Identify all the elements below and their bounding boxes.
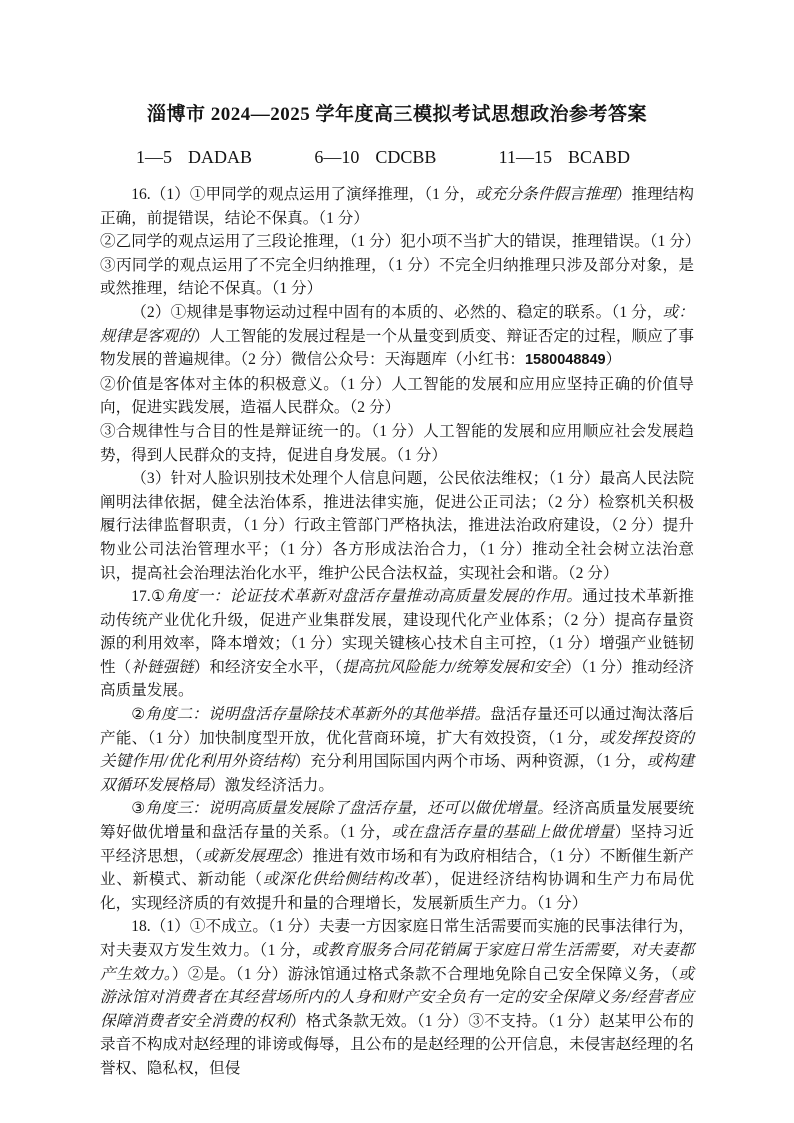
paragraph: ②角度二：说明盘活存量除技术革新外的其他举措。盘活存量还可以通过淘汰落后产能、（… — [100, 703, 694, 797]
text-segment: 1580048849 — [525, 352, 606, 368]
answers-body: 16.（1）①甲同学的观点运用了演绎推理，（1 分，或充分条件假言推理）推理结构… — [100, 183, 694, 1081]
text-segment: 或深化供给侧结构改革 — [263, 871, 426, 888]
paragraph: 17.①角度一：论证技术革新对盘活存量推动高质量发展的作用。通过技术革新推动传统… — [100, 585, 694, 703]
text-segment: 16.（1）①甲同学的观点运用了演绎推理，（1 分， — [131, 186, 475, 203]
text-segment: 补链强链 — [131, 659, 193, 676]
text-segment: 或新发展理念 — [202, 848, 296, 865]
paragraph: ③丙同学的观点运用了不完全归纳推理，（1 分）不完全归纳推理只涉及部分对象，是或… — [100, 254, 694, 301]
paragraph: （2）①规律是事物运动过程中固有的本质的、必然的、稳定的联系。（1 分，或：规律… — [100, 301, 694, 373]
answer-key-item: 11—15BCABD — [499, 145, 630, 169]
answer-key-item: 6—10CDCBB — [314, 145, 436, 169]
paragraph: ②乙同学的观点运用了三段论推理，（1 分）犯小项不当扩大的错误，推理错误。（1 … — [100, 230, 694, 254]
text-segment: ②乙同学的观点运用了三段论推理，（1 分）犯小项不当扩大的错误，推理错误。（1 … — [100, 233, 700, 250]
document-page: 淄博市 2024—2025 学年度高三模拟考试思想政治参考答案 1—5DADAB… — [0, 0, 794, 1123]
paragraph: ③合规律性与合目的性是辩证统一的。（1 分）人工智能的发展和应用顺应社会发展趋势… — [100, 420, 694, 467]
text-segment: ③ — [131, 800, 145, 817]
text-segment: 角度二：说明盘活存量除技术革新外的其他举措。 — [145, 706, 490, 723]
text-segment: ③合规律性与合目的性是辩证统一的。（1 分）人工智能的发展和应用顺应社会发展趋势… — [100, 423, 694, 464]
text-segment: 角度三：说明高质量发展除了盘活存量，还可以做优增量。 — [145, 800, 553, 817]
paragraph: ②价值是客体对主体的积极意义。（1 分）人工智能的发展和应用应坚持正确的价值导向… — [100, 373, 694, 420]
paragraph: 18.（1）①不成立。（1 分）夫妻一方因家庭日常生活需要而实施的民事法律行为，… — [100, 915, 694, 1080]
question-range: 11—15 — [499, 145, 552, 169]
text-segment: ②价值是客体对主体的积极意义。（1 分）人工智能的发展和应用应坚持正确的价值导向… — [100, 376, 694, 417]
answer-key-row: 1—5DADAB6—10CDCBB11—15BCABD — [136, 145, 630, 169]
paragraph: （3）针对人脸识别技术处理个人信息问题，公民依法维权；（1 分）最高人民法院阐明… — [100, 467, 694, 585]
page-title: 淄博市 2024—2025 学年度高三模拟考试思想政治参考答案 — [100, 102, 694, 128]
text-segment: ）和经济安全水平，（ — [194, 659, 342, 676]
text-segment: 角度一：论证技术革新对盘活存量推动高质量发展的作用。 — [166, 588, 583, 605]
page-content: 淄博市 2024—2025 学年度高三模拟考试思想政治参考答案 1—5DADAB… — [100, 102, 694, 1081]
text-segment: ）激发经济活力。 — [209, 777, 334, 794]
text-segment: ）②是。（1 分）游泳馆通过格式条款不合理地免除自己安全保障义务，（ — [172, 966, 679, 983]
text-segment: 或充分条件假言推理 — [475, 186, 616, 203]
text-segment: （2）①规律是事物运动过程中固有的本质的、必然的、稳定的联系。（1 分， — [131, 304, 662, 321]
text-segment: 或在盘活存量的基础上做优增量 — [391, 824, 614, 841]
text-segment: ② — [131, 706, 145, 723]
text-segment: ） — [606, 351, 622, 368]
text-segment: （3）针对人脸识别技术处理个人信息问题，公民依法维权；（1 分）最高人民法院阐明… — [100, 470, 694, 581]
answer-letters: CDCBB — [375, 145, 436, 169]
text-segment: 17.① — [131, 588, 165, 605]
question-range: 6—10 — [314, 145, 359, 169]
paragraph: 16.（1）①甲同学的观点运用了演绎推理，（1 分，或充分条件假言推理）推理结构… — [100, 183, 694, 230]
text-segment: 提高抗风险能力/统筹发展和安全 — [342, 659, 565, 676]
text-segment: ③丙同学的观点运用了不完全归纳推理，（1 分）不完全归纳推理只涉及部分对象，是或… — [100, 257, 694, 298]
answer-letters: BCABD — [568, 145, 630, 169]
answer-key-item: 1—5DADAB — [136, 145, 252, 169]
answer-letters: DADAB — [188, 145, 252, 169]
paragraph: ③角度三：说明高质量发展除了盘活存量，还可以做优增量。经济高质量发展要统筹好做优… — [100, 797, 694, 915]
question-range: 1—5 — [136, 145, 172, 169]
text-segment: ）充分利用国际国内两个市场、两种资源，（1 分， — [294, 753, 646, 770]
